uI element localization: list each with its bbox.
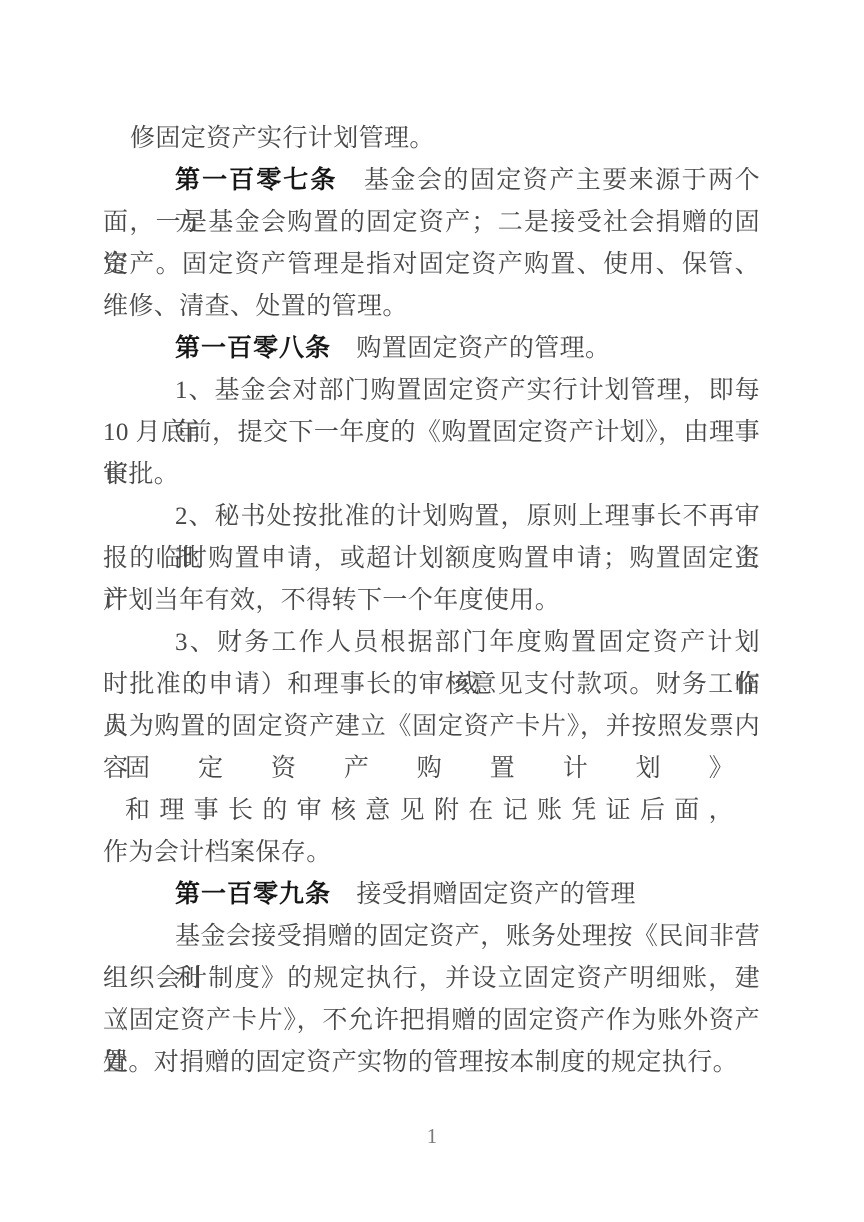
document-line: 第一百零八条 购置固定资产的管理。: [103, 328, 760, 370]
document-line: 修固定资产实行计划管理。: [103, 118, 760, 160]
document-line: 1、基金会对部门购置固定资产实行计划管理，即每年: [103, 370, 760, 412]
line-text: 计划当年有效，不得转下一个年度使用。: [103, 587, 560, 614]
line-text: 购置固定资产的管理。: [331, 335, 610, 362]
document-line: 10 月底前，提交下一年度的《购置固定资产计划》，由理事长: [103, 412, 760, 454]
document-line: 员为购置的固定资产建立《固定资产卡片》，并按照发票内容: [103, 706, 760, 748]
text-block: 修固定资产实行计划管理。第一百零七条 基金会的固定资产主要来源于两个方面，一是基…: [103, 118, 760, 1084]
document-line: 第一百零七条 基金会的固定资产主要来源于两个方: [103, 160, 760, 202]
document-line: 计划当年有效，不得转下一个年度使用。: [103, 580, 760, 622]
document-line: 维修、清查、处置的管理。: [103, 286, 760, 328]
document-line: 审批。: [103, 454, 760, 496]
document-line: 面，一是基金会购置的固定资产；二是接受社会捐赠的固定: [103, 202, 760, 244]
document-line: 固定资产购置计划》: [103, 748, 760, 790]
line-text: 固定资产购置计划》: [125, 755, 734, 782]
document-line: 《固定资产卡片》，不允许把捐赠的固定资产作为账外资产处: [103, 1000, 760, 1042]
line-text: 修固定资产实行计划管理。: [130, 125, 435, 152]
document-line: 时批准的申请）和理事长的审核意见支付款项。财务工作人: [103, 664, 760, 706]
article-heading: 第一百零九条: [175, 881, 331, 908]
document-line: 报的临时购置申请，或超计划额度购置申请；购置固定资产: [103, 538, 760, 580]
document-line: 基金会接受捐赠的固定资产，账务处理按《民间非营利: [103, 916, 760, 958]
line-text: 资产。固定资产管理是指对固定资产购置、使用、保管、: [103, 251, 760, 278]
document-line: 资产。固定资产管理是指对固定资产购置、使用、保管、: [103, 244, 760, 286]
document-line: 2、秘书处按批准的计划购置，原则上理事长不再审批上: [103, 496, 760, 538]
line-text: 维修、清查、处置的管理。: [103, 293, 408, 320]
line-text: 作为会计档案保存。: [103, 839, 332, 866]
page-number: 1: [0, 1122, 864, 1150]
document-page: 修固定资产实行计划管理。第一百零七条 基金会的固定资产主要来源于两个方面，一是基…: [0, 0, 864, 1222]
document-line: 组织会计制度》的规定执行，并设立固定资产明细账，建立: [103, 958, 760, 1000]
article-heading: 第一百零八条: [175, 335, 331, 362]
line-text: 审批。: [103, 461, 179, 488]
line-text: 和理事长的审核意见附在记账凭证后面，: [125, 797, 734, 824]
document-line: 和理事长的审核意见附在记账凭证后面，: [103, 790, 760, 832]
line-text: 接受捐赠固定资产的管理: [331, 881, 636, 908]
article-heading: 第一百零七条: [175, 167, 337, 194]
document-line: 置。对捐赠的固定资产实物的管理按本制度的规定执行。: [103, 1042, 760, 1084]
line-text: 置。对捐赠的固定资产实物的管理按本制度的规定执行。: [103, 1049, 738, 1076]
document-line: 作为会计档案保存。: [103, 832, 760, 874]
document-line: 第一百零九条 接受捐赠固定资产的管理: [103, 874, 760, 916]
document-line: 3、财务工作人员根据部门年度购置固定资产计划（或临: [103, 622, 760, 664]
